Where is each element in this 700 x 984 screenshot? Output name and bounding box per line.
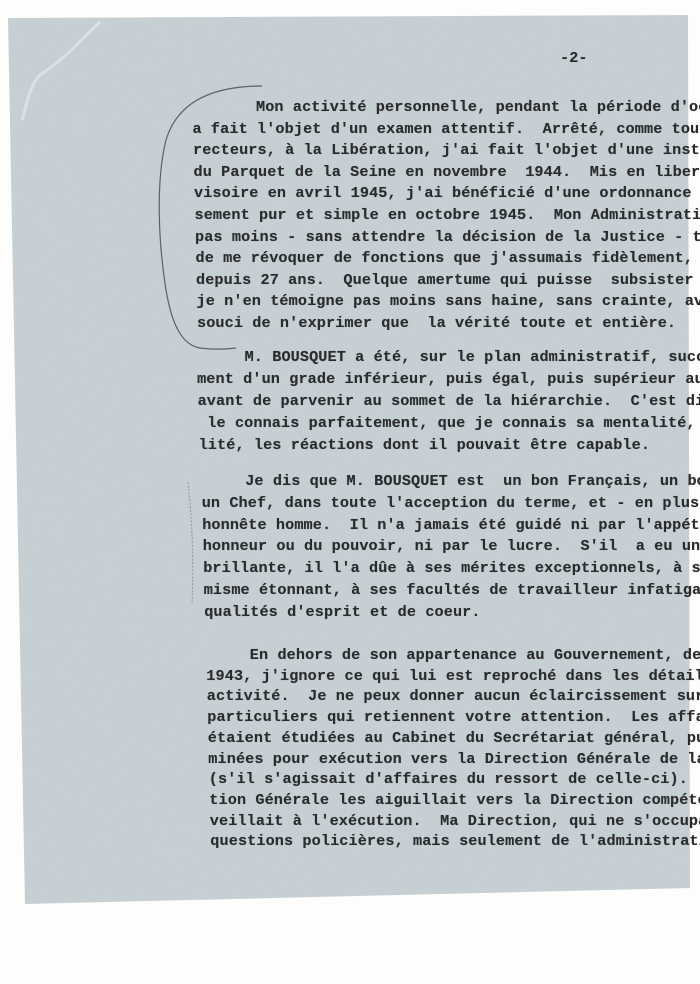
paragraph-3-line: honneur ou du pouvoir, ni par le lucre. … xyxy=(203,539,700,554)
paragraph-4-line: particuliers qui retiennent votre attent… xyxy=(207,710,700,725)
paragraph-3-line: misme étonnant, à ses facultés de travai… xyxy=(204,583,700,598)
paragraph-4-line: tion Générale les aiguillait vers la Dir… xyxy=(209,793,700,808)
paragraph-4-line: En dehors de son appartenance au Gouvern… xyxy=(250,648,700,663)
paragraph-1-line: je n'en témoigne pas moins sans haine, s… xyxy=(197,294,700,309)
scanned-typewritten-page: -2- Mon activité personnelle, pendant la… xyxy=(0,0,700,984)
paragraph-1-line: a fait l'objet d'un examen attentif. Arr… xyxy=(193,122,700,137)
paragraph-3-line: brillante, il l'a dûe à ses mérites exce… xyxy=(203,561,700,576)
paragraph-2-line: M. BOUSQUET a été, sur le plan administr… xyxy=(245,350,700,365)
paragraph-3-line: qualités d'esprit et de coeur. xyxy=(204,605,480,620)
paragraph-4-line: 1943, j'ignore ce qui lui est reproché d… xyxy=(206,669,700,684)
paragraph-2-line: lité, les réactions dont il pouvait être… xyxy=(199,438,651,453)
paragraph-1-line: de me révoquer de fonctions que j'assuma… xyxy=(196,251,700,266)
paragraph-3-line: honnête homme. Il n'a jamais été guidé n… xyxy=(202,518,700,533)
paragraph-4-line: minées pour exécution vers la Direction … xyxy=(208,752,700,767)
paragraph-1-line: souci de n'exprimer que la vérité toute … xyxy=(197,316,676,331)
paragraph-3-line: Je dis que M. BOUSQUET est un bon França… xyxy=(245,474,700,489)
paragraph-3-line: un Chef, dans toute l'acception du terme… xyxy=(202,496,700,511)
paragraph-1-line: Mon activité personnelle, pendant la pér… xyxy=(256,100,700,115)
page-number: -2- xyxy=(560,51,588,66)
paragraph-4-line: questions policières, mais seulement de … xyxy=(210,834,700,849)
paragraph-1-line: recteurs, à la Libération, j'ai fait l'o… xyxy=(193,143,700,158)
paragraph-2-line: avant de parvenir au sommet de la hiérar… xyxy=(198,394,700,409)
paragraph-2-line: le connais parfaitement, que je connais … xyxy=(198,416,700,431)
paragraph-1-line: sement pur et simple en octobre 1945. Mo… xyxy=(195,208,700,223)
paragraph-4-line: veillait à l'exécution. Ma Direction, qu… xyxy=(210,814,700,829)
paragraph-1-line: du Parquet de la Seine en novembre 1944.… xyxy=(194,165,700,180)
paragraph-1-line: visoire en avril 1945, j'ai bénéficié d'… xyxy=(194,186,700,201)
paragraph-1-line: pas moins - sans attendre la décision de… xyxy=(195,230,700,245)
paragraph-4-line: étaient étudiées au Cabinet du Secrétari… xyxy=(208,731,700,746)
paragraph-4-line: (s'il s'agissait d'affaires du ressort d… xyxy=(209,772,700,787)
paragraph-2-line: ment d'un grade inférieur, puis égal, pu… xyxy=(197,372,700,387)
paragraph-4-line: activité. Je ne peux donner aucun éclair… xyxy=(207,689,700,704)
paragraph-1-line: depuis 27 ans. Quelque amertume qui puis… xyxy=(196,273,700,288)
